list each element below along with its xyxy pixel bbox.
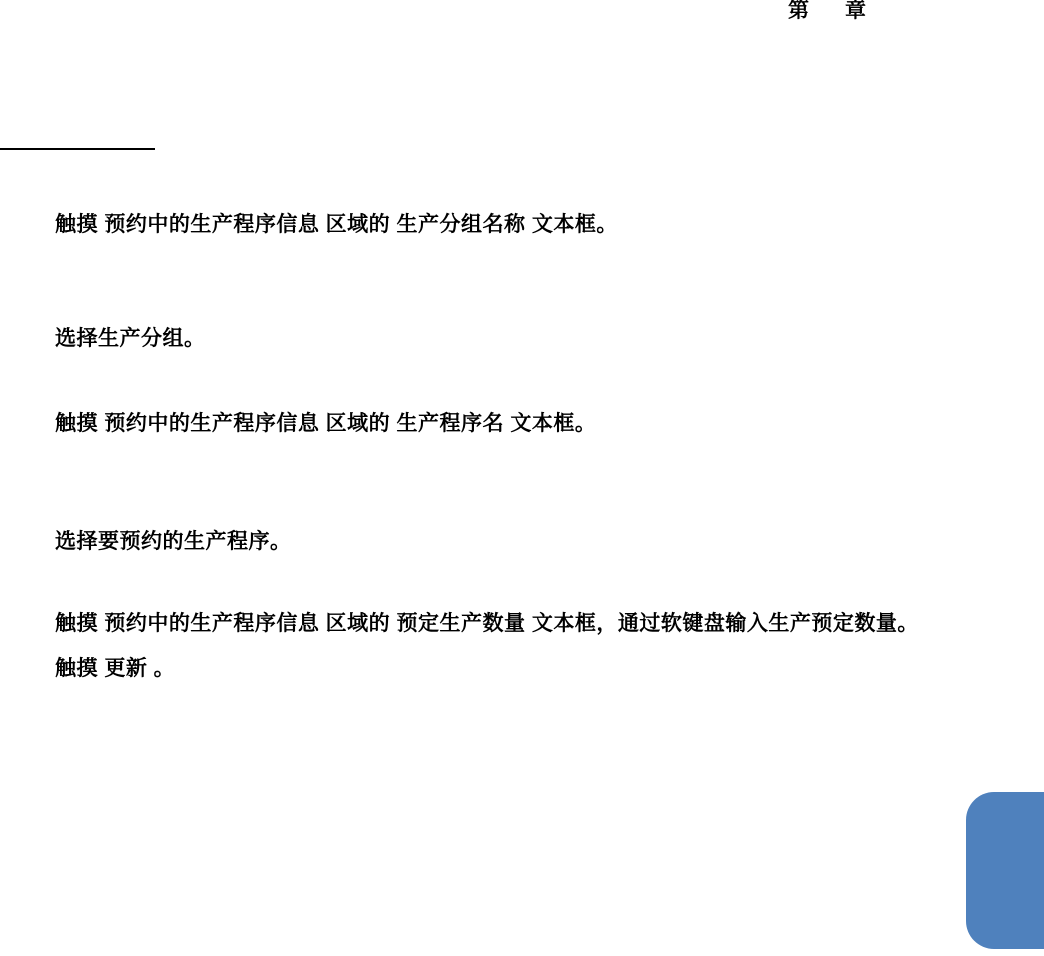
- instruction-line: 选择要预约的生产程序。: [55, 530, 292, 554]
- chapter-heading: 第章: [788, 0, 866, 21]
- manual-page: 第章 触摸 预约中的生产程序信息 区域的 生产分组名称 文本框。 选择生产分组。…: [0, 0, 1044, 956]
- chapter-heading-suffix: 章: [845, 0, 866, 21]
- instruction-line: 选择生产分组。: [55, 327, 206, 351]
- chapter-heading-prefix: 第: [788, 0, 809, 22]
- instruction-line: 触摸 更新 。: [55, 657, 175, 681]
- instruction-line: 触摸 预约中的生产程序信息 区域的 生产分组名称 文本框。: [55, 213, 618, 237]
- instruction-line: 触摸 预约中的生产程序信息 区域的 预定生产数量 文本框，通过软键盘输入生产预定…: [55, 612, 919, 636]
- header-rule: [0, 148, 155, 150]
- chapter-side-tab: [966, 792, 1044, 949]
- instruction-line: 触摸 预约中的生产程序信息 区域的 生产程序名 文本框。: [55, 412, 596, 436]
